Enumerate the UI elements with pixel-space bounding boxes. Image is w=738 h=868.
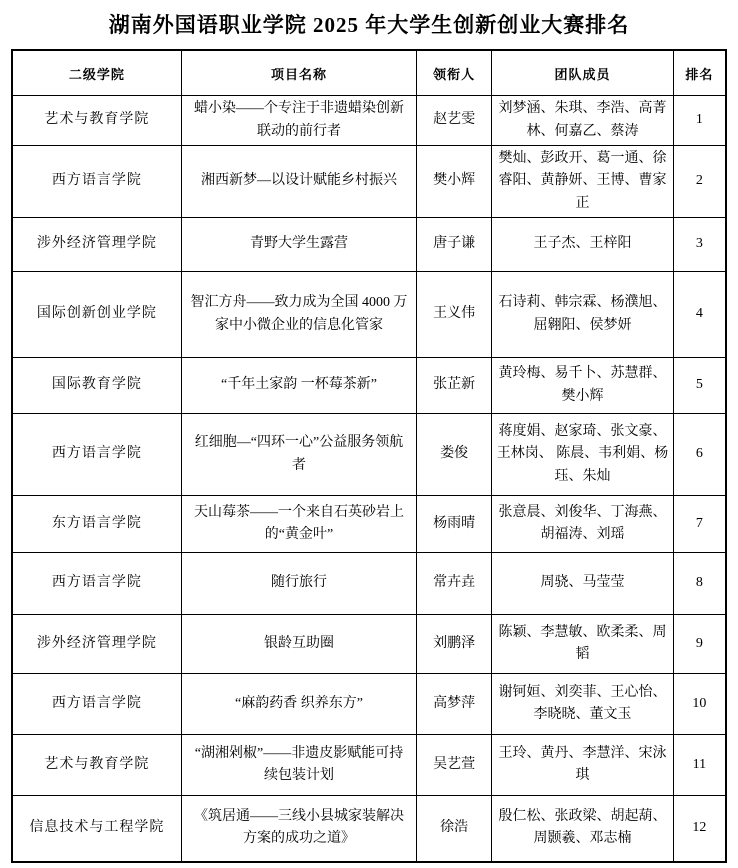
rank-cell: 6 xyxy=(673,414,726,496)
document-page: 湖南外国语职业学院 2025 年大学生创新创业大赛排名 二级学院 项目名称 领衔… xyxy=(0,0,738,868)
table-row: 东方语言学院天山莓茶——一个来自石英砂岩上的“黄金叶”杨雨晴张意晨、刘俊华、丁海… xyxy=(12,496,726,553)
team-cell: 王子杰、王梓阳 xyxy=(492,218,674,272)
team-cell: 石诗莉、韩宗霖、杨濮旭、屈翱阳、侯梦妍 xyxy=(492,272,674,358)
table-row: 西方语言学院“麻韵药香 织养东方”高梦萍谢钶姮、刘奕菲、王心怡、李晓晓、董文玉1… xyxy=(12,674,726,735)
rank-cell: 10 xyxy=(673,674,726,735)
leader-cell: 吴艺萱 xyxy=(417,735,492,796)
project-cell: 天山莓茶——一个来自石英砂岩上的“黄金叶” xyxy=(181,496,416,553)
college-cell: 西方语言学院 xyxy=(12,674,181,735)
table-row: 涉外经济管理学院银龄互助圈刘鹏泽陈颖、李慧敏、欧柔柔、周韬9 xyxy=(12,615,726,674)
project-cell: 银龄互助圈 xyxy=(181,615,416,674)
rank-cell: 4 xyxy=(673,272,726,358)
rank-cell: 11 xyxy=(673,735,726,796)
team-cell: 谢钶姮、刘奕菲、王心怡、李晓晓、董文玉 xyxy=(492,674,674,735)
rank-cell: 1 xyxy=(673,96,726,146)
college-cell: 西方语言学院 xyxy=(12,553,181,615)
leader-cell: 徐浩 xyxy=(417,796,492,862)
project-cell: 随行旅行 xyxy=(181,553,416,615)
table-row: 西方语言学院随行旅行常卉垚周骁、马莹莹8 xyxy=(12,553,726,615)
header-cell-leader: 领衔人 xyxy=(417,50,492,96)
rank-cell: 5 xyxy=(673,358,726,414)
college-cell: 西方语言学院 xyxy=(12,414,181,496)
project-cell: “麻韵药香 织养东方” xyxy=(181,674,416,735)
rank-cell: 12 xyxy=(673,796,726,862)
rank-cell: 8 xyxy=(673,553,726,615)
college-cell: 艺术与教育学院 xyxy=(12,735,181,796)
table-row: 西方语言学院红细胞—“四环一心”公益服务领航者娄俊蒋度娟、赵家琦、张文豪、王林岗… xyxy=(12,414,726,496)
project-cell: 蜡小染——个专注于非遗蜡染创新联动的前行者 xyxy=(181,96,416,146)
project-cell: 《筑居通——三线小县城家装解决方案的成功之道》 xyxy=(181,796,416,862)
rank-cell: 3 xyxy=(673,218,726,272)
rank-cell: 9 xyxy=(673,615,726,674)
leader-cell: 王义伟 xyxy=(417,272,492,358)
college-cell: 国际创新创业学院 xyxy=(12,272,181,358)
header-cell-team: 团队成员 xyxy=(492,50,674,96)
team-cell: 刘梦涵、朱琪、李浩、高菁林、何嘉乙、蔡涛 xyxy=(492,96,674,146)
team-cell: 周骁、马莹莹 xyxy=(492,553,674,615)
leader-cell: 常卉垚 xyxy=(417,553,492,615)
leader-cell: 唐子谦 xyxy=(417,218,492,272)
ranking-table: 二级学院 项目名称 领衔人 团队成员 排名 艺术与教育学院蜡小染——个专注于非遗… xyxy=(11,49,727,863)
leader-cell: 刘鹏泽 xyxy=(417,615,492,674)
header-cell-college: 二级学院 xyxy=(12,50,181,96)
team-cell: 樊灿、彭政开、葛一通、徐睿阳、黄静妍、王博、曹家正 xyxy=(492,146,674,218)
table-body: 艺术与教育学院蜡小染——个专注于非遗蜡染创新联动的前行者赵艺雯刘梦涵、朱琪、李浩… xyxy=(12,96,726,862)
college-cell: 信息技术与工程学院 xyxy=(12,796,181,862)
page-title: 湖南外国语职业学院 2025 年大学生创新创业大赛排名 xyxy=(0,0,738,46)
rank-cell: 2 xyxy=(673,146,726,218)
table-row: 国际创新创业学院智汇方舟——致力成为全国 4000 万家中小微企业的信息化管家王… xyxy=(12,272,726,358)
header-cell-rank: 排名 xyxy=(673,50,726,96)
college-cell: 国际教育学院 xyxy=(12,358,181,414)
team-cell: 陈颖、李慧敏、欧柔柔、周韬 xyxy=(492,615,674,674)
college-cell: 东方语言学院 xyxy=(12,496,181,553)
table-row: 艺术与教育学院蜡小染——个专注于非遗蜡染创新联动的前行者赵艺雯刘梦涵、朱琪、李浩… xyxy=(12,96,726,146)
table-row: 信息技术与工程学院《筑居通——三线小县城家装解决方案的成功之道》徐浩殷仁松、张政… xyxy=(12,796,726,862)
team-cell: 王玲、黄丹、李慧洋、宋泳琪 xyxy=(492,735,674,796)
table-row: 涉外经济管理学院青野大学生露营唐子谦王子杰、王梓阳3 xyxy=(12,218,726,272)
table-row: 国际教育学院“千年土家韵 一杯莓茶新”张芷新黄玲梅、易千卜、苏慧群、樊小辉5 xyxy=(12,358,726,414)
leader-cell: 娄俊 xyxy=(417,414,492,496)
team-cell: 黄玲梅、易千卜、苏慧群、樊小辉 xyxy=(492,358,674,414)
leader-cell: 杨雨晴 xyxy=(417,496,492,553)
project-cell: 湘西新梦—以设计赋能乡村振兴 xyxy=(181,146,416,218)
leader-cell: 樊小辉 xyxy=(417,146,492,218)
leader-cell: 高梦萍 xyxy=(417,674,492,735)
project-cell: 红细胞—“四环一心”公益服务领航者 xyxy=(181,414,416,496)
team-cell: 殷仁松、张政梁、胡起葫、周颢羲、邓志楠 xyxy=(492,796,674,862)
team-cell: 蒋度娟、赵家琦、张文豪、王林岗、 陈晨、韦利娟、杨珏、朱灿 xyxy=(492,414,674,496)
project-cell: 青野大学生露营 xyxy=(181,218,416,272)
table-row: 西方语言学院湘西新梦—以设计赋能乡村振兴樊小辉樊灿、彭政开、葛一通、徐睿阳、黄静… xyxy=(12,146,726,218)
college-cell: 西方语言学院 xyxy=(12,146,181,218)
header-cell-project: 项目名称 xyxy=(181,50,416,96)
leader-cell: 张芷新 xyxy=(417,358,492,414)
leader-cell: 赵艺雯 xyxy=(417,96,492,146)
college-cell: 涉外经济管理学院 xyxy=(12,218,181,272)
college-cell: 艺术与教育学院 xyxy=(12,96,181,146)
table-row: 艺术与教育学院“湖湘剁椒”——非遗皮影赋能可持续包装计划吴艺萱王玲、黄丹、李慧洋… xyxy=(12,735,726,796)
rank-cell: 7 xyxy=(673,496,726,553)
header-row: 二级学院 项目名称 领衔人 团队成员 排名 xyxy=(12,50,726,96)
college-cell: 涉外经济管理学院 xyxy=(12,615,181,674)
team-cell: 张意晨、刘俊华、丁海燕、胡福涛、刘瑶 xyxy=(492,496,674,553)
project-cell: 智汇方舟——致力成为全国 4000 万家中小微企业的信息化管家 xyxy=(181,272,416,358)
project-cell: “湖湘剁椒”——非遗皮影赋能可持续包装计划 xyxy=(181,735,416,796)
project-cell: “千年土家韵 一杯莓茶新” xyxy=(181,358,416,414)
